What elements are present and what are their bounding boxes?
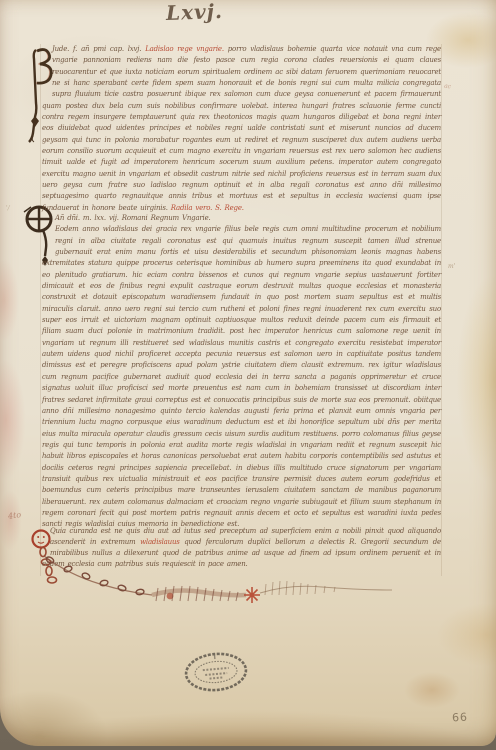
body-text: porro vladislaus bohemie quarta vice not… xyxy=(42,45,441,212)
marginal-note-right-top: ac xyxy=(444,84,452,91)
text-paragraph: Añ dñi. m. lxx. vij. Romani Regnum Vngar… xyxy=(42,213,441,531)
parchment-page: Lxvj. xyxy=(0,0,496,746)
body-text: Jude. f. añ pmi cap. lxvj. xyxy=(52,45,141,53)
pencil-page-number: 66 xyxy=(452,711,469,725)
rubric-text: Radila vero. S. Rege. xyxy=(171,204,244,212)
initial-spacer xyxy=(42,213,55,253)
rubric-text: Ladislao rege vngarie. xyxy=(145,45,224,53)
text-paragraph: Jude. f. añ pmi cap. lxvj. Ladislao rege… xyxy=(42,44,441,214)
manuscript-photo: Lxvj. xyxy=(0,0,496,750)
folio-numeral: Lxvj. xyxy=(166,1,223,23)
library-stamp xyxy=(180,648,252,696)
flourish-red-star xyxy=(244,587,260,603)
pen-flourish xyxy=(20,538,400,618)
initial-spacer xyxy=(42,44,52,100)
marginal-note-right-mid: m' xyxy=(448,264,455,270)
body-text: Eodem anno wladislaus dei gracia rex vng… xyxy=(42,225,441,528)
marginal-note-left-lower: 4to xyxy=(8,511,22,521)
ruling-line-right xyxy=(441,44,442,576)
marginal-note-left-mid: '/ xyxy=(6,206,10,212)
body-text: Añ dñi. m. lxx. vij. Romani Regnum Vngar… xyxy=(55,214,211,222)
